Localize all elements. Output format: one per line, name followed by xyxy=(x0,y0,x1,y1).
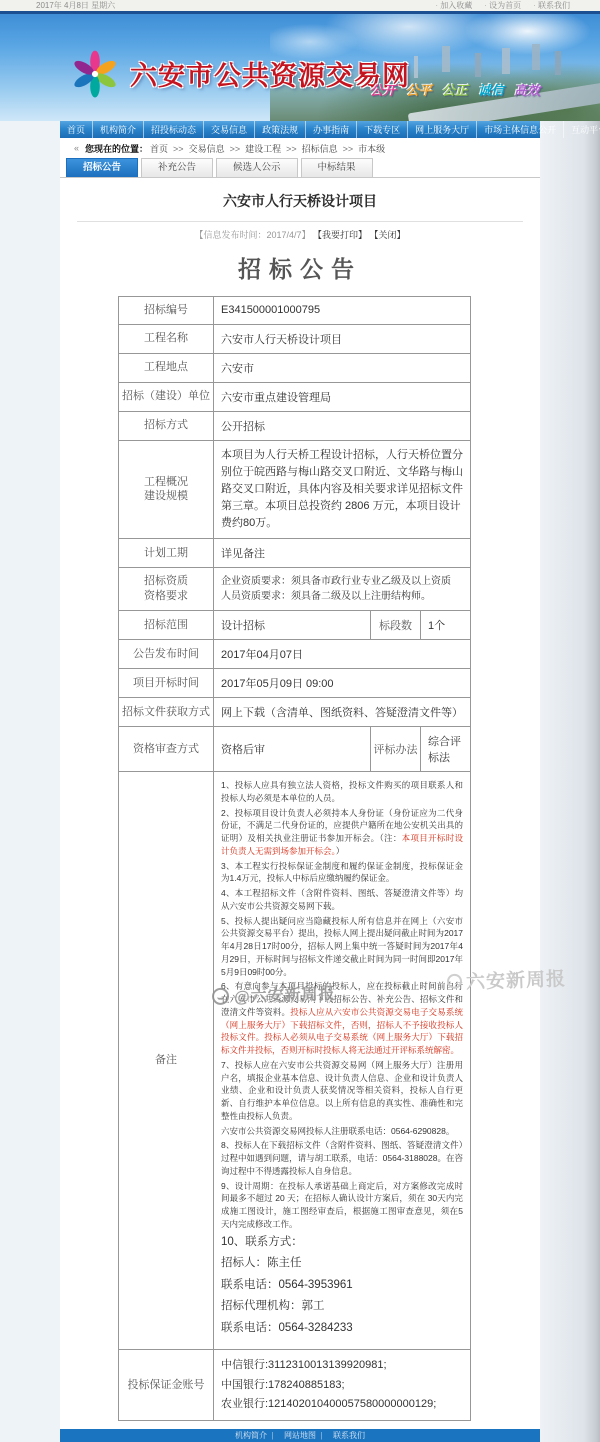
breadcrumb-trail: 首页交易信息建设工程招标信息市本级 xyxy=(150,142,385,155)
announcement-heading: 招标公告 xyxy=(60,243,540,294)
field-value: E341500001000795 xyxy=(214,297,471,325)
nav-item[interactable]: 首页 xyxy=(60,121,92,138)
remark-paragraph: 联系电话：0564-3953961 xyxy=(221,1276,463,1296)
table-row: 招标编号 E341500001000795 xyxy=(119,297,471,325)
table-row: 招标资质 资格要求 企业资质要求：须具备市政行业专业乙级及以上资质 人员资质要求… xyxy=(119,568,471,611)
top-utility-bar: 2017年 4月8日 星期六 加入收藏设为首页联系我们 xyxy=(0,0,600,11)
breadcrumb-link[interactable]: 交易信息 xyxy=(189,144,246,154)
breadcrumb-link[interactable]: 市本级 xyxy=(358,144,385,154)
site-banner: 六安市公共资源交易网 公开公平公正诚信高效 xyxy=(0,11,600,121)
main-nav: 首页机构简介招投标动态交易信息政策法规办事指南下载专区网上服务大厅市场主体信息公… xyxy=(60,121,540,138)
remark-paragraph: 六安市公共资源交易网投标人注册联系电话：0564-6290828。 xyxy=(221,1125,463,1138)
footer-bar: 机构简介网站地图联系我们 xyxy=(60,1429,540,1442)
remark-paragraph: 10、联系方式： xyxy=(221,1233,463,1253)
table-row: 工程地点 六安市 xyxy=(119,353,471,382)
remark-paragraph: 招标代理机构：郭工 xyxy=(221,1297,463,1317)
remark-paragraph: 4、本工程招标文件（含附件资料、图纸、答疑澄清文件等）均从六安市公共资源交易网下… xyxy=(221,887,463,913)
buildings-decoration xyxy=(532,44,540,70)
nav-item[interactable]: 政策法规 xyxy=(254,121,305,138)
print-button[interactable]: 【我要打印】 xyxy=(313,230,367,240)
utility-links: 加入收藏设为首页联系我们 xyxy=(435,0,570,11)
breadcrumb: « 您现在的位置： 首页交易信息建设工程招标信息市本级 xyxy=(60,138,540,158)
slogan-word: 公平 xyxy=(406,80,432,99)
field-value: 公开招标 xyxy=(214,411,471,440)
field-label: 公告发布时间 xyxy=(119,640,214,669)
slogan-word: 诚信 xyxy=(478,80,504,99)
table-row: 计划工期 详见备注 xyxy=(119,539,471,568)
slogan-banner: 公开公平公正诚信高效 xyxy=(370,80,540,99)
field-label: 计划工期 xyxy=(119,539,214,568)
remark-paragraph: 2、投标项目设计负责人必须持本人身份证（身份证应为二代身份证，不满足二代身份证的… xyxy=(221,807,463,858)
slogan-word: 高效 xyxy=(514,80,540,99)
pinwheel-logo-icon xyxy=(70,48,120,98)
field-value: 网上下载（含清单、图纸资料、答疑澄清文件等） xyxy=(214,698,471,727)
field-value: 综合评标法 xyxy=(421,727,471,772)
utility-link[interactable]: 加入收藏 xyxy=(435,0,472,11)
field-label: 评标办法 xyxy=(371,727,421,772)
slogan-word: 公开 xyxy=(370,80,396,99)
page-title: 六安市人行天桥设计项目 xyxy=(60,178,540,221)
remark-paragraph: 3、本工程实行投标保证金制度和履约保证金制度，投标保证金为1.4万元，投标人中标… xyxy=(221,860,463,886)
nav-item[interactable]: 交易信息 xyxy=(203,121,254,138)
table-row: 招标文件获取方式 网上下载（含清单、图纸资料、答疑澄清文件等） xyxy=(119,698,471,727)
field-label: 工程名称 xyxy=(119,324,214,353)
remark-paragraph: 联系电话：0564-3284233 xyxy=(221,1319,463,1339)
field-label: 备注 xyxy=(119,772,214,1350)
field-value: 资格后审 xyxy=(214,727,371,772)
remark-paragraph: 9、设计周期：在投标人承诺基础上商定后，对方案修改完成时间最多不超过 20 天；… xyxy=(221,1180,463,1231)
nav-item[interactable]: 机构简介 xyxy=(92,121,143,138)
utility-link[interactable]: 设为首页 xyxy=(484,0,521,11)
table-row: 公告发布时间 2017年04月07日 xyxy=(119,640,471,669)
field-value: 企业资质要求：须具备市政行业专业乙级及以上资质 人员资质要求：须具备二级及以上注… xyxy=(214,568,471,611)
publish-time: 【信息发布时间：2017/4/7】 xyxy=(194,230,310,240)
field-value: 详见备注 xyxy=(214,539,471,568)
remark-paragraph: 5、投标人提出疑问应当隐藏投标人所有信息并在网上（六安市公共资源交易平台）提出，… xyxy=(221,915,463,979)
tab[interactable]: 招标公告 xyxy=(66,158,138,177)
table-row: 招标范围 设计招标 标段数 1个 xyxy=(119,611,471,640)
bank-account-line: 中信银行:3112310013139920981; xyxy=(221,1356,463,1375)
remark-paragraph: 8、投标人在下载招标文件（含附件资料、图纸、答疑澄清文件）过程中如遇到问题，请与… xyxy=(221,1139,463,1177)
close-button[interactable]: 【关闭】 xyxy=(370,230,406,240)
table-row: 资格审查方式 资格后审 评标办法 综合评标法 xyxy=(119,727,471,772)
field-value: 设计招标 xyxy=(214,611,371,640)
table-row: 投标保证金账号 中信银行:3112310013139920981;中国银行:17… xyxy=(119,1350,471,1421)
remark-paragraph: 招标人：陈主任 xyxy=(221,1254,463,1274)
footer-link[interactable]: 机构简介 xyxy=(235,1430,278,1441)
tab[interactable]: 补充公告 xyxy=(141,158,213,177)
current-date: 2017年 4月8日 星期六 xyxy=(36,0,115,11)
nav-item[interactable]: 办事指南 xyxy=(305,121,356,138)
field-label: 标段数 xyxy=(371,611,421,640)
table-row: 招标方式 公开招标 xyxy=(119,411,471,440)
page: 2017年 4月8日 星期六 加入收藏设为首页联系我们 六安 xyxy=(0,0,600,1442)
section-tabs: 招标公告补充公告候选人公示中标结果 xyxy=(60,158,540,178)
bank-account-line: 中国银行:178240885183; xyxy=(221,1376,463,1395)
nav-item[interactable]: 网上服务大厅 xyxy=(407,121,476,138)
breadcrumb-bullet-icon: « xyxy=(74,143,79,153)
footer-link[interactable]: 网站地图 xyxy=(284,1430,327,1441)
field-value: 本项目为人行天桥工程设计招标，人行天桥位置分别位于皖西路与梅山路交叉口附近、文华… xyxy=(214,440,471,538)
breadcrumb-link[interactable]: 招标信息 xyxy=(302,144,359,154)
content-column: 首页机构简介招投标动态交易信息政策法规办事指南下载专区网上服务大厅市场主体信息公… xyxy=(60,121,540,1442)
field-label: 招标文件获取方式 xyxy=(119,698,214,727)
table-row: 工程概况 建设规模 本项目为人行天桥工程设计招标，人行天桥位置分别位于皖西路与梅… xyxy=(119,440,471,538)
tab[interactable]: 候选人公示 xyxy=(216,158,298,177)
field-label: 工程概况 建设规模 xyxy=(119,440,214,538)
field-value: 六安市人行天桥设计项目 xyxy=(214,324,471,353)
field-label: 招标范围 xyxy=(119,611,214,640)
table-row: 备注 1、投标人应具有独立法人资格，投标文件购买的项目联系人和投标人均必须是本单… xyxy=(119,772,471,1350)
nav-item[interactable]: 互动平台 xyxy=(563,121,600,138)
deposit-accounts: 中信银行:3112310013139920981;中国银行:1782408851… xyxy=(214,1350,471,1421)
field-label: 招标编号 xyxy=(119,297,214,325)
field-value: 1个 xyxy=(421,611,471,640)
nav-item[interactable]: 招投标动态 xyxy=(143,121,203,138)
field-value: 六安市 xyxy=(214,353,471,382)
remark-paragraph: 7、投标人应在六安市公共资源交易网（网上服务大厅）注册用户名，填报企业基本信息、… xyxy=(221,1059,463,1123)
breadcrumb-link[interactable]: 建设工程 xyxy=(245,144,302,154)
breadcrumb-label: 您现在的位置： xyxy=(85,142,148,155)
field-label: 招标（建设）单位 xyxy=(119,382,214,411)
utility-link[interactable]: 联系我们 xyxy=(533,0,570,11)
main-area: 首页机构简介招投标动态交易信息政策法规办事指南下载专区网上服务大厅市场主体信息公… xyxy=(0,121,600,1442)
field-label: 招标资质 资格要求 xyxy=(119,568,214,611)
nav-item[interactable]: 市场主体信息公开 xyxy=(476,121,563,138)
footer-link[interactable]: 联系我们 xyxy=(333,1430,365,1441)
slogan-word: 公正 xyxy=(442,80,468,99)
table-row: 招标（建设）单位 六安市重点建设管理局 xyxy=(119,382,471,411)
nav-item[interactable]: 下载专区 xyxy=(356,121,407,138)
table-row: 项目开标时间 2017年05月09日 09:00 xyxy=(119,669,471,698)
field-label: 招标方式 xyxy=(119,411,214,440)
field-value: 2017年05月09日 09:00 xyxy=(214,669,471,698)
site-title: 六安市公共资源交易网 xyxy=(130,54,410,93)
remark-paragraph: 6、有意向参与本项目投标的投标人，应在投标截止时间前自行在六安市公共资源交易网下… xyxy=(221,980,463,1057)
bid-info-table: 招标编号 E341500001000795 工程名称 六安市人行天桥设计项目 工… xyxy=(118,296,471,1421)
field-value: 2017年04月07日 xyxy=(214,640,471,669)
breadcrumb-link[interactable]: 首页 xyxy=(150,144,189,154)
field-value: 六安市重点建设管理局 xyxy=(214,382,471,411)
tab[interactable]: 中标结果 xyxy=(301,158,373,177)
field-label: 投标保证金账号 xyxy=(119,1350,214,1421)
remarks-text: 1、投标人应具有独立法人资格，投标文件购买的项目联系人和投标人均必须是本单位的人… xyxy=(214,772,471,1350)
table-row: 工程名称 六安市人行天桥设计项目 xyxy=(119,324,471,353)
field-label: 工程地点 xyxy=(119,353,214,382)
article-meta: 【信息发布时间：2017/4/7】 【我要打印】 【关闭】 xyxy=(60,222,540,243)
bank-account-line: 农业银行:121402010400057580000000129; xyxy=(221,1395,463,1414)
remark-paragraph: 1、投标人应具有独立法人资格，投标文件购买的项目联系人和投标人均必须是本单位的人… xyxy=(221,779,463,805)
field-label: 资格审查方式 xyxy=(119,727,214,772)
field-label: 项目开标时间 xyxy=(119,669,214,698)
